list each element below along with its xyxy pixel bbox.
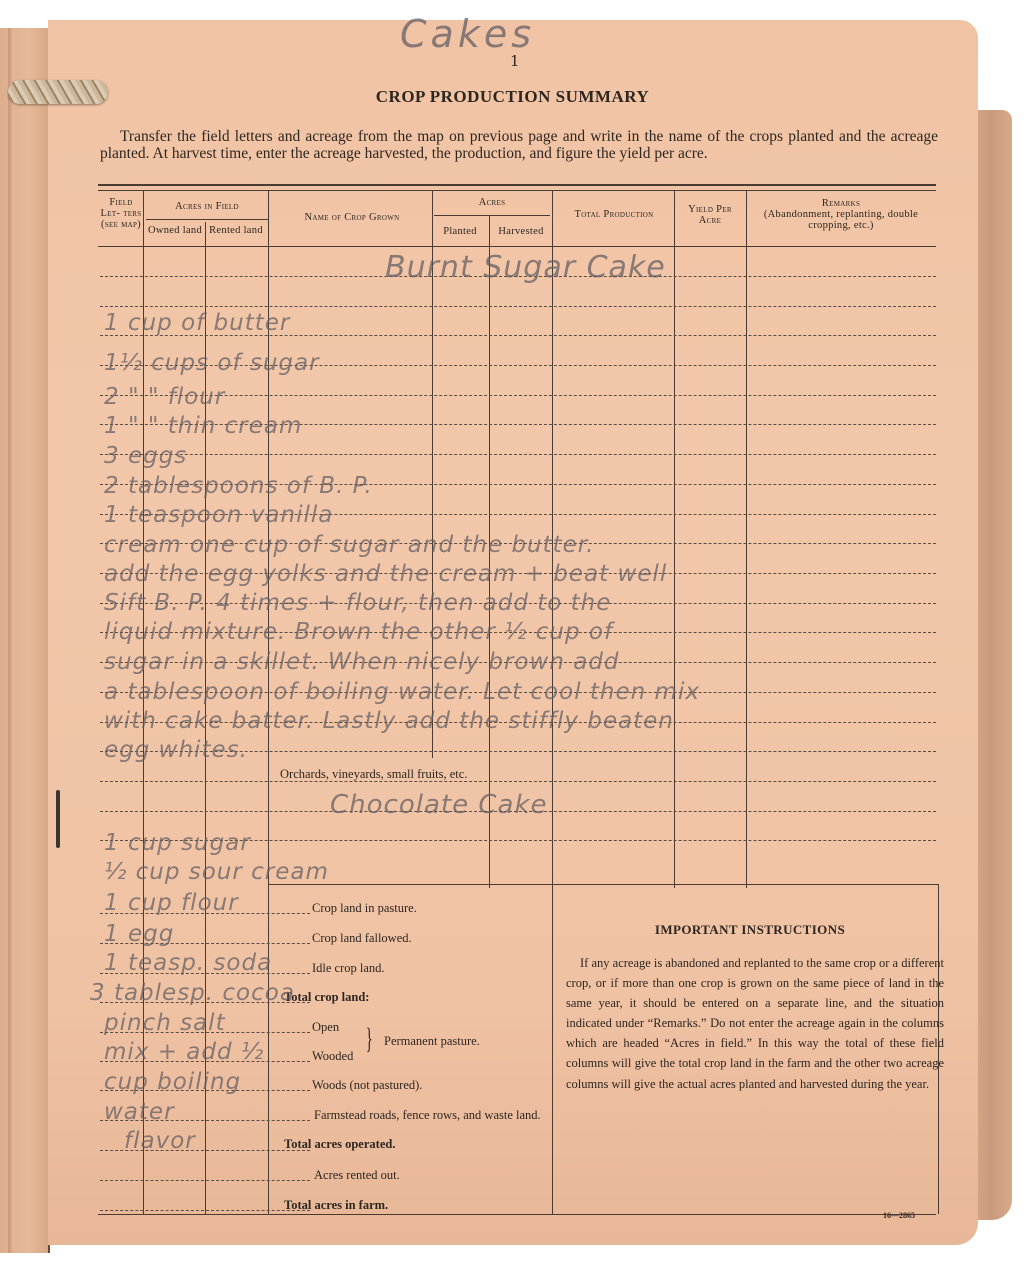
summary-total-acres-operated: Total acres operated. [284,1137,395,1152]
divider [146,219,268,220]
summary-total-crop-land: Total crop land: [284,990,369,1005]
summary-acres-rented-out: Acres rented out. [314,1168,400,1183]
recipe-line: cream one cup of sugar and the butter. [104,532,594,558]
summary-idle-crop-land: Idle crop land. [312,961,385,976]
recipe-line: 2 tablespoons of B. P. [104,473,373,499]
recipe-line: ½ cup sour cream [104,859,329,885]
recipe-line: with cake batter. Lastly add the stiffly… [104,708,674,734]
page-title: CROP PRODUCTION SUMMARY [0,87,1025,107]
recipe-line: 1 cup sugar [104,830,251,856]
section-label-orchards: Orchards, vineyards, small fruits, etc. [280,767,480,781]
summary-farmstead: Farmstead roads, fence rows, and waste l… [314,1108,554,1122]
recipe-line: sugar in a skillet. When nicely brown ad… [104,649,620,675]
recipe-line: 1 teaspoon vanilla [104,502,333,528]
ruling-line [100,454,936,455]
header-total-production: Total Production [554,209,674,220]
header-remarks-note: (Abandonment, replanting, double croppin… [756,209,926,231]
recipe-line: egg whites. [104,737,248,763]
lower-section-rule [268,884,938,885]
recipe-line: 2 " " flour [104,384,225,410]
intro-paragraph: Transfer the field letters and acreage f… [100,128,938,162]
summary-crop-land-pasture: Crop land in pasture. [312,901,417,916]
recipe-line: 1 cup of butter [104,310,290,336]
recipe-line: liquid mixture. Brown the other ½ cup of [104,619,613,645]
recipe-line: water [104,1099,175,1125]
ruling-line [100,306,936,307]
summary-open: Open [312,1020,339,1035]
summary-total-acres-farm: Total acres in farm. [284,1198,388,1213]
header-field-letters: Field Let- ters (see map) [100,197,142,230]
header-harvested: Harvested [490,226,552,237]
recipe-line: 3 eggs [104,443,187,469]
col-line [746,190,747,888]
recipe-line: cup boiling [104,1069,241,1095]
facing-page-edge [0,28,50,1253]
recipe-line: 3 tablesp. cocoa [90,980,295,1006]
ruling-line [100,1210,310,1211]
ruling-line [100,1180,310,1181]
header-remarks: Remarks [746,198,936,209]
recipe-title-chocolate-cake: Chocolate Cake [330,790,548,820]
header-owned-land: Owned land [146,225,204,236]
summary-wooded: Wooded [312,1049,353,1064]
summary-crop-land-fallowed: Crop land fallowed. [312,931,412,946]
recipe-line: flavor [124,1128,196,1154]
recipe-line: 1½ cups of sugar [104,350,320,376]
recipe-line: pinch salt [104,1010,226,1036]
table-top-rule [98,184,936,191]
handwritten-heading: Cakes [400,12,535,56]
col-line [674,190,675,888]
instructions-body: If any acreage is abandoned and replante… [566,953,944,1094]
recipe-line: Sift B. P. 4 times + flour, then add to … [104,590,611,616]
header-yield-per-acre: Yield Per Acre [676,204,744,226]
table-bottom-rule [98,1214,936,1215]
ruling-line [100,781,936,782]
recipe-title-burnt-sugar-cake: Burnt Sugar Cake [385,250,666,285]
recipe-line: 1 egg [104,921,174,947]
header-planted: Planted [432,226,488,237]
header-acres-in-field: Acres in Field [146,201,268,212]
staple [56,790,60,848]
recipe-line: 1 cup flour [104,890,239,916]
recipe-line: 1 " " thin cream [104,413,302,439]
recipe-line: add the egg yolks and the cream + beat w… [104,561,667,587]
form-number: 16—2865 [883,1211,915,1220]
header-crop-name: Name of Crop Grown [272,212,432,223]
summary-permanent-pasture: Permanent pasture. [384,1034,480,1049]
brace: } [366,1024,373,1054]
summary-woods-not-pastured: Woods (not pastured). [312,1078,422,1093]
header-acres: Acres [432,197,552,208]
divider [434,215,550,216]
recipe-line: 1 teasp. soda [104,950,272,976]
recipe-line: a tablespoon of boiling water. Let cool … [104,679,700,705]
instructions-title: IMPORTANT INSTRUCTIONS [560,922,940,938]
ruling-line [100,395,936,396]
recipe-line: mix + add ½ [104,1039,264,1065]
header-rented-land: Rented land [206,225,266,236]
header-bottom-rule [98,246,936,247]
